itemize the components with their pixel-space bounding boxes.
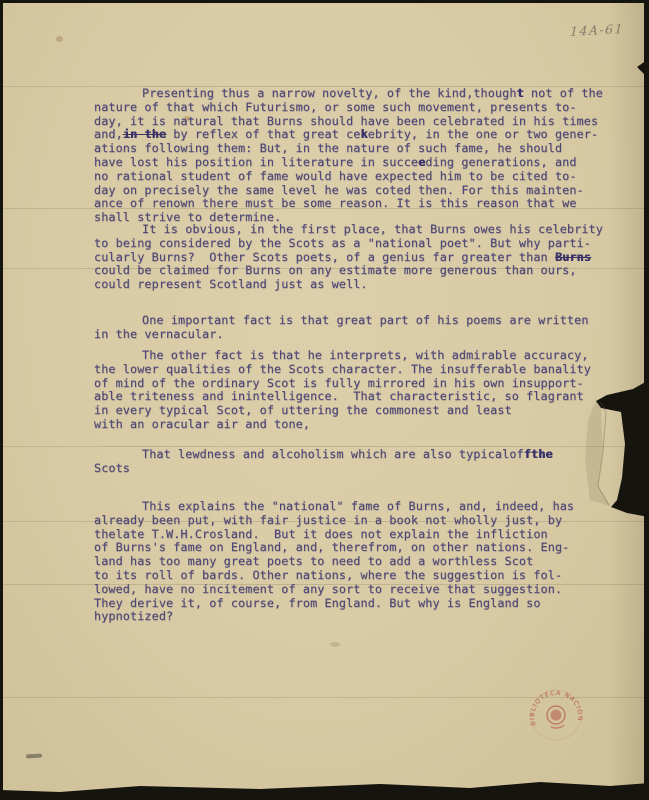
body-text: by reflex of that great ce <box>166 127 360 141</box>
scanned-page: Presenting thus a narrow novelty, of the… <box>0 0 649 800</box>
overstruck-text: t <box>517 86 524 100</box>
body-text: It is obvious, in the first place, that … <box>94 222 603 264</box>
body-text: One important fact is that great part of… <box>94 313 589 341</box>
body-text: Presenting thus a narrow novelty, of the… <box>142 86 517 100</box>
paragraph-4: The other fact is that he interprets, wi… <box>94 349 610 432</box>
struck-out-text: in the <box>123 127 166 141</box>
paragraph-2: It is obvious, in the first place, that … <box>94 223 610 292</box>
paragraph-5: That lewdness and alcoholism which are a… <box>94 448 610 476</box>
library-stamp: BIBLIOTECA NACIONAL <box>523 682 589 748</box>
struck-out-text: Burns <box>555 250 591 264</box>
body-text: could be claimed for Burns on any estima… <box>94 263 577 291</box>
overstruck-text: k <box>361 127 368 141</box>
body-text: That lewdness and alcoholism which are a… <box>142 447 524 461</box>
typewritten-text-block: Presenting thus a narrow novelty, of the… <box>0 0 649 800</box>
overstruck-text: fthe <box>524 447 553 461</box>
body-text: The other fact is that he interprets, wi… <box>94 348 591 431</box>
paragraph-1: Presenting thus a narrow novelty, of the… <box>94 87 610 225</box>
paragraph-6: This explains the "national" fame of Bur… <box>94 500 610 624</box>
body-text: This explains the "national" fame of Bur… <box>94 499 574 623</box>
stamp-flourish <box>551 725 565 729</box>
paragraph-3: One important fact is that great part of… <box>94 314 610 342</box>
body-text: Scots <box>94 461 130 475</box>
